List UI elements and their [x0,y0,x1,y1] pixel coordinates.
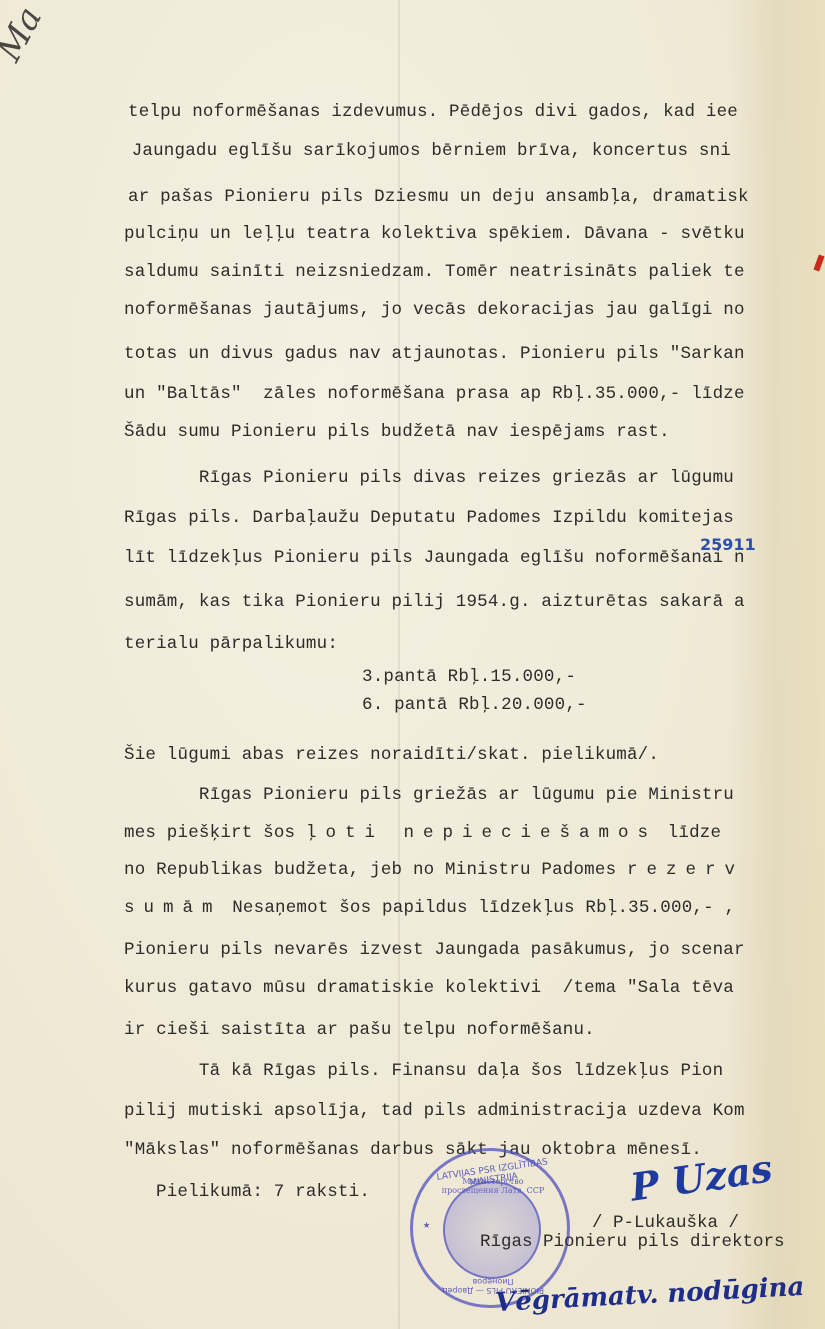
spaced-emphasis: sumām [124,898,222,918]
text-line: mes piešķirt šos ļoti nepieciešamos līdz… [124,823,721,843]
official-stamp: LATVIJAS PSR IZGLĪTĪBAS MINISTRIJA Минис… [410,1148,570,1308]
text-line: kurus gatavo mūsu dramatiskie kolektivi … [124,978,734,998]
text-line: Tā kā Rīgas pils. Finansu daļa šos līdze… [124,1061,723,1081]
text-line: pulciņu un leļļu teatra kolektiva spēkie… [124,224,745,244]
spaced-emphasis: ļoti nepieciešamos [306,823,657,843]
signatory-name: / P-Lukauška / [592,1213,739,1233]
text-line: terialu pārpalikumu: [124,634,338,654]
text-line: sumām Nesaņemot šos papildus līdzekļus R… [124,898,735,918]
budget-item: 3.pantā Rbļ.15.000,- [362,667,576,687]
text-segment: mes piešķirt šos [124,823,306,843]
text-line: noformēšanas jautājums, jo vecās dekorac… [124,300,745,320]
text-segment: no Republikas budžeta, jeb no Ministru P… [124,860,627,880]
text-line: "Mākslas" noformēšanas darbus sākt jau o… [124,1140,702,1160]
text-line: Šādu sumu Pionieru pils budžetā nav iesp… [124,422,670,442]
budget-item: 6. pantā Rbļ.20.000,- [362,695,587,715]
text-line: totas un divus gadus nav atjaunotas. Pio… [124,344,745,364]
text-line: Rīgas Pionieru pils griežās ar lūgumu pi… [124,785,734,805]
text-line: līt līdzekļus Pionieru pils Jaungada egl… [124,548,745,568]
text-line: no Republikas budžeta, jeb no Ministru P… [124,860,744,880]
text-line: sumām, kas tika Pionieru pilij 1954.g. a… [124,592,745,612]
coat-of-arms-icon [443,1181,541,1279]
spaced-emphasis: rezerv [627,860,744,880]
text-segment: Nesaņemot šos papildus līdzekļus Rbļ.35.… [222,898,736,918]
signatory-title: Rīgas Pionieru pils direktors [480,1232,785,1252]
text-line: Jaungadu eglīšu sarīkojumos bērniem brīv… [121,141,731,161]
register-number-mark: 25911 [700,535,756,554]
text-line: un "Baltās" zāles noformēšana prasa ap R… [124,384,745,404]
text-line: ir cieši saistīta ar pašu telpu noformēš… [124,1020,595,1040]
attachments-note: Pielikumā: 7 raksti. [156,1182,370,1202]
text-line: pilij mutiski apsolīja, tad pils adminis… [124,1101,745,1121]
text-line: Rīgas Pionieru pils divas reizes griezās… [124,468,734,488]
star-icon: ★ [423,1217,430,1232]
text-line: telpu noformēšanas izdevumus. Pēdējos di… [128,102,738,122]
text-line: ar pašas Pionieru pils Dziesmu un deju a… [128,187,749,207]
text-line: saldumu sainīti neizsniedzam. Tomēr neat… [124,262,745,282]
text-line: Šie lūgumi abas reizes noraidīti/skat. p… [124,745,659,765]
text-segment: līdze [657,823,721,843]
text-line: Pionieru pils nevarēs izvest Jaungada pa… [124,940,745,960]
text-line: Rīgas pils. Darbaļaužu Deputatu Padomes … [124,508,734,528]
